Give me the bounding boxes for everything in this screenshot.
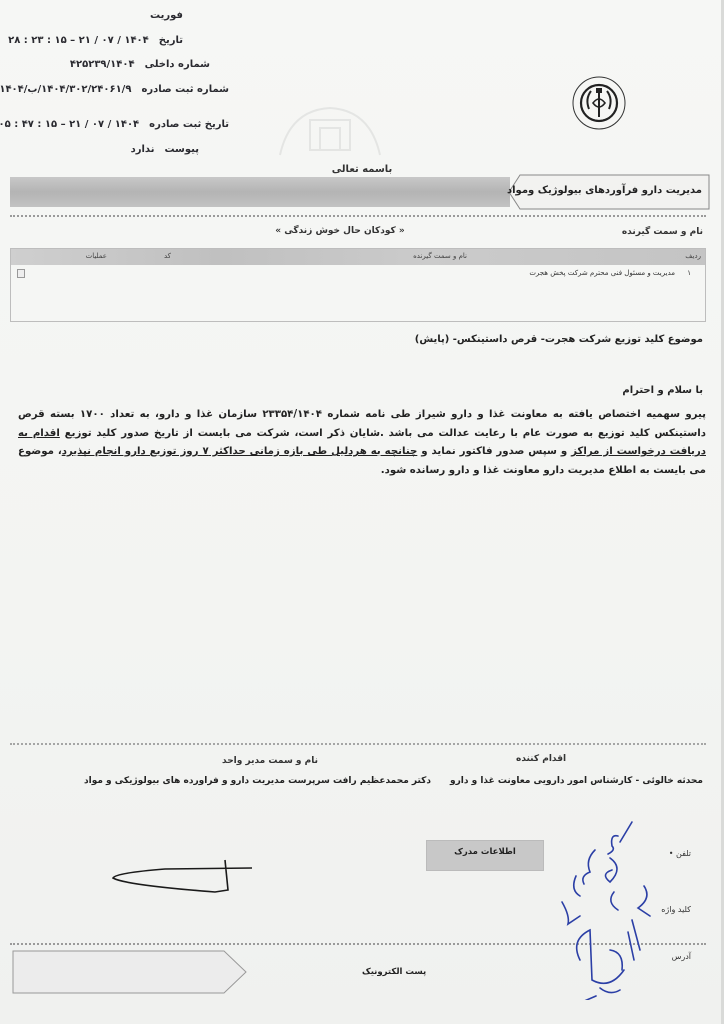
- meta-value: ۱۴۰۴ / ۰۷ / ۲۱ – ۱۵ : ۲۳ : ۲۸: [8, 35, 149, 46]
- meta-outgoing-date-row: تاریخ ثبت صادره ۱۴۰۴ / ۰۷ / ۲۱ – ۱۵ : ۴۷…: [0, 119, 229, 130]
- meta-label: تاریخ: [159, 35, 183, 46]
- column-header-code: کد: [164, 252, 171, 260]
- table-row-index: ۱: [687, 269, 691, 277]
- meta-date-row: تاریخ ۱۴۰۴ / ۰۷ / ۲۱ – ۱۵ : ۲۳ : ۲۸: [8, 35, 183, 46]
- divider: [10, 215, 706, 217]
- actor-title: اقدام کننده: [516, 754, 566, 764]
- meta-label: شماره ثبت صادره: [141, 84, 229, 95]
- document-icon[interactable]: [17, 269, 25, 278]
- email-label: پست الکترونیک: [362, 967, 426, 977]
- signature-icon: [105, 855, 265, 895]
- actor-name: محدثه خالوئی - کارشناس امور دارویی معاون…: [450, 776, 703, 786]
- greeting: با سلام و احترام: [622, 385, 703, 396]
- phone-field: تلفن •: [669, 849, 691, 858]
- body-text: پیرو سهمیه اختصاص یافته به معاونت غذا و …: [18, 409, 706, 439]
- meta-label: پیوست: [164, 144, 199, 155]
- meta-value: ندارد: [131, 144, 155, 155]
- document-info-box[interactable]: اطلاعات مدرک: [426, 840, 544, 871]
- letter-page: فوریت تاریخ ۱۴۰۴ / ۰۷ / ۲۱ – ۱۵ : ۲۳ : ۲…: [0, 0, 724, 1024]
- recipients-table: ردیف نام و سمت گیرنده کد عملیات ۱ مدیریت…: [10, 248, 706, 322]
- slogan: « کودکان حال خوش زندگی »: [250, 226, 430, 236]
- university-logo-icon: [571, 75, 627, 131]
- document-info-label: اطلاعات مدرک: [427, 847, 543, 857]
- meta-label: شماره داخلی: [145, 59, 210, 70]
- department-title: مدیریت دارو فرآوردهای بیولوژیک ومواد: [507, 185, 702, 196]
- subject-line: موضوع کلید توزیع شرکت هجرت- قرص داستینکس…: [415, 334, 703, 345]
- phone-label: تلفن: [676, 849, 691, 858]
- divider: [10, 743, 706, 745]
- meta-outgoing-number-row: شماره ثبت صادره ۱۴۰۴/۳۰۲/۲۴۰۶۱/۹/ب/۱۴۰۴/…: [0, 84, 229, 95]
- manager-title: نام و سمت مدیر واحد: [222, 756, 318, 766]
- manager-name: دکتر محمدعظیم رافت سرپرست مدیریت دارو و …: [84, 776, 431, 786]
- urgency-label: فوریت: [150, 10, 183, 21]
- handwritten-note-icon: [540, 820, 670, 1000]
- emblem-watermark-icon: [270, 100, 390, 160]
- meta-internal-number-row: شماره داخلی ۴۲۵۲۳۹/۱۴۰۴: [70, 59, 210, 70]
- meta-value: ۱۴۰۴ / ۰۷ / ۲۱ – ۱۵ : ۴۷ : ۰۵: [0, 119, 139, 130]
- table-header: ردیف نام و سمت گیرنده کد عملیات: [11, 249, 705, 265]
- meta-attachment-row: پیوست ندارد: [131, 144, 199, 155]
- department-box: مدیریت دارو فرآوردهای بیولوژیک ومواد: [508, 174, 710, 210]
- meta-label: تاریخ ثبت صادره: [149, 119, 229, 130]
- body-text: و سپس صدور فاکتور نماید و: [417, 446, 571, 457]
- address-label: آدرس: [672, 952, 691, 961]
- header-band: [10, 177, 510, 207]
- meta-value: ۴۲۵۲۳۹/۱۴۰۴: [70, 59, 135, 70]
- letter-body: پیرو سهمیه اختصاص یافته به معاونت غذا و …: [18, 406, 706, 480]
- column-header-index: ردیف: [685, 252, 701, 260]
- body-underlined-text: چنانچه به هردلیل طی بازه زمانی حداکثر ۷ …: [62, 446, 418, 457]
- table-row-recipient: مدیریت و مسئول فنی محترم شرکت پخش هجرت: [529, 269, 675, 277]
- meta-value: ۱۴۰۴/۳۰۲/۲۴۰۶۱/۹/ب/۱۴۰۴/ص: [0, 84, 131, 95]
- recipient-label: نام و سمت گیرنده: [622, 227, 703, 237]
- email-field-box: [12, 950, 248, 994]
- urgency-row: فوریت: [150, 10, 183, 21]
- column-header-name: نام و سمت گیرنده: [413, 252, 467, 260]
- column-header-actions: عملیات: [86, 252, 107, 260]
